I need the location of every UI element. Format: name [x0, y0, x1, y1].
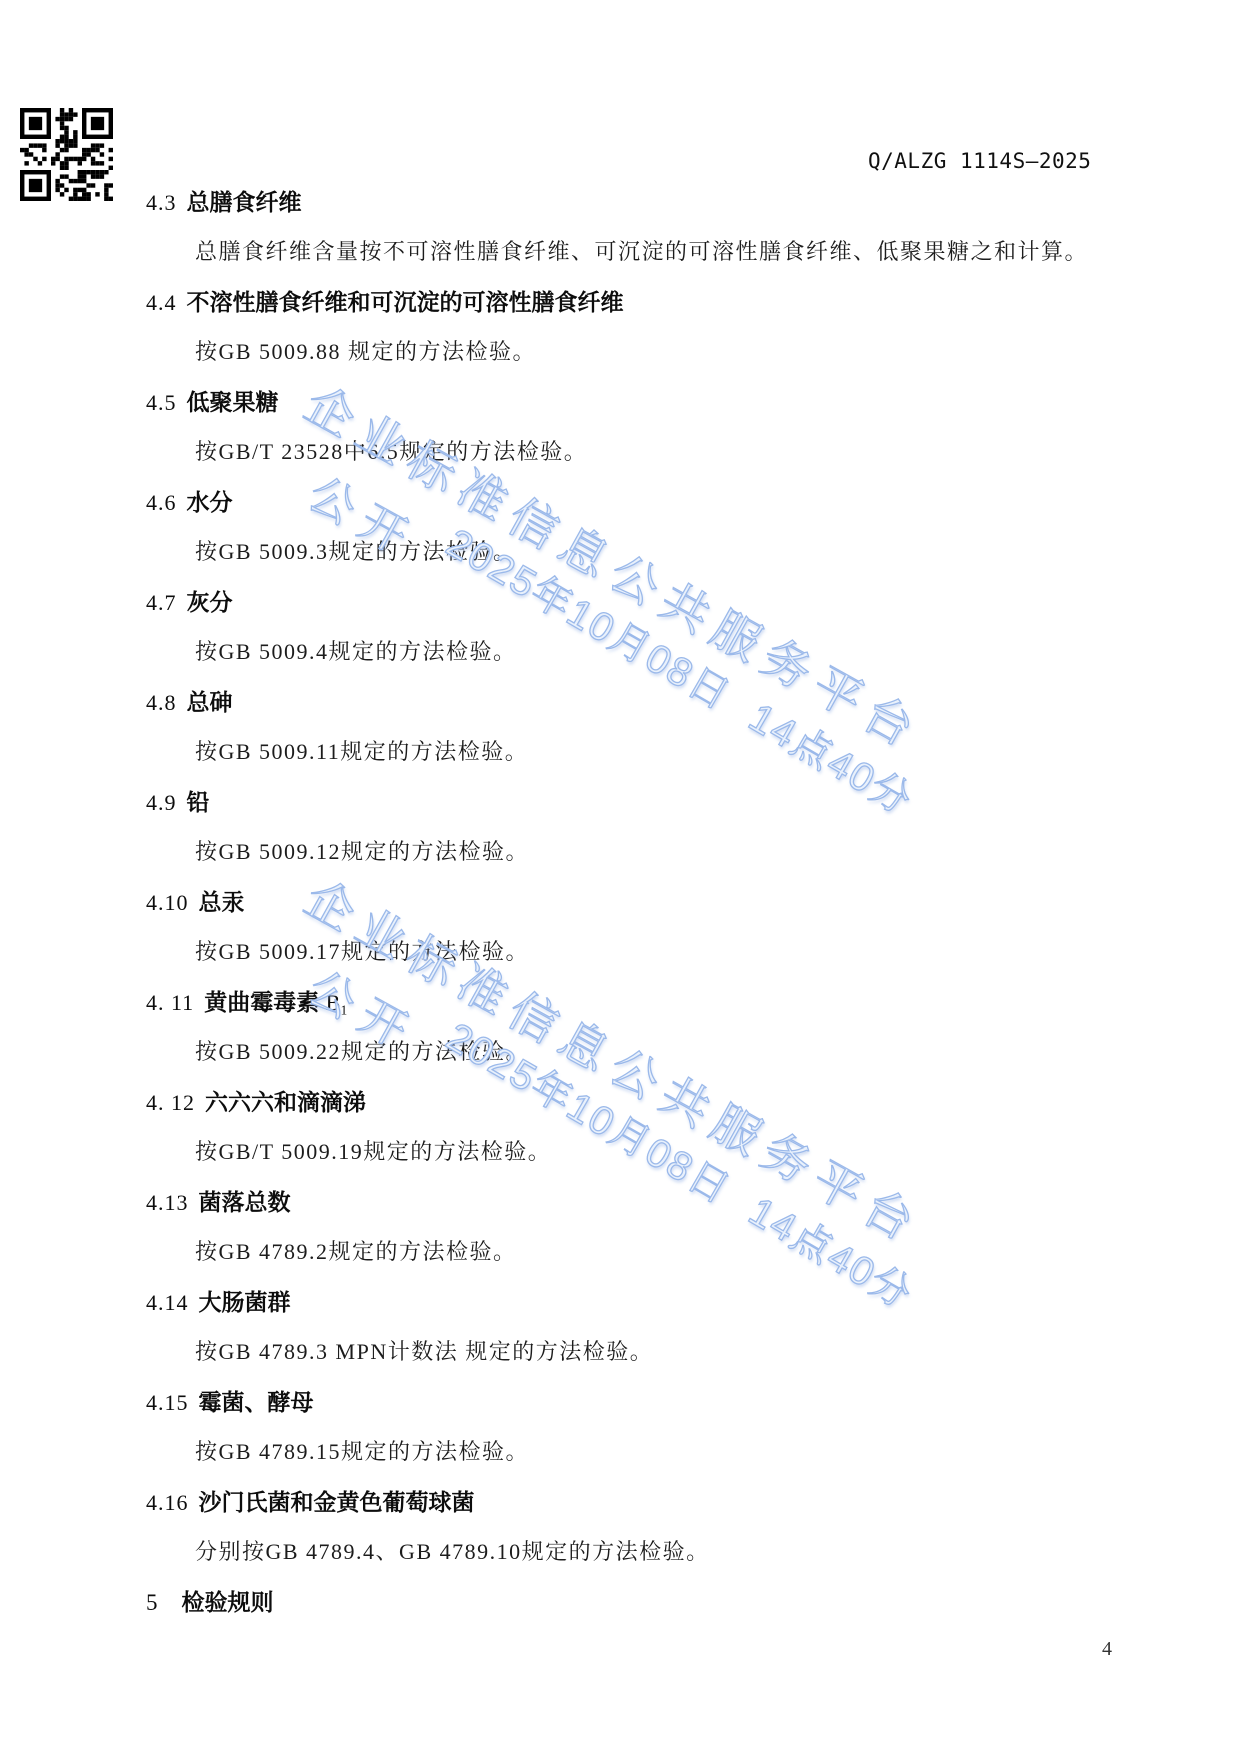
section-heading: 4. 12六六六和滴滴涕: [146, 1087, 1090, 1118]
section-number: 4.7: [146, 590, 177, 615]
section-heading: 4.13菌落总数: [146, 1187, 1090, 1218]
section-4-13: 4.13菌落总数 按GB 4789.2规定的方法检验。: [146, 1187, 1090, 1267]
section-body: 按GB 5009.4规定的方法检验。: [146, 637, 1090, 667]
section-title: 铅: [187, 789, 210, 815]
section-4-10: 4.10总汞 按GB 5009.17规定的方法检验。: [146, 887, 1090, 967]
section-body: 按GB 5009.88 规定的方法检验。: [146, 337, 1090, 367]
section-title: 霉菌、酵母: [199, 1389, 314, 1415]
section-4-8: 4.8总砷 按GB 5009.11规定的方法检验。: [146, 687, 1090, 767]
section-title: 总汞: [199, 889, 245, 915]
section-body: 按GB 4789.2规定的方法检验。: [146, 1237, 1090, 1267]
section-heading: 4.16沙门氏菌和金黄色葡萄球菌: [146, 1487, 1090, 1518]
section-heading: 4.9铅: [146, 787, 1090, 818]
chapter-number: 5: [146, 1590, 158, 1615]
section-title: 不溶性膳食纤维和可沉淀的可溶性膳食纤维: [187, 289, 624, 315]
section-number: 4.8: [146, 690, 177, 715]
section-heading: 4.15霉菌、酵母: [146, 1387, 1090, 1418]
section-body: 按GB 5009.22规定的方法检验。: [146, 1037, 1090, 1067]
section-4-14: 4.14大肠菌群 按GB 4789.3 MPN计数法 规定的方法检验。: [146, 1287, 1090, 1367]
section-body: 按GB 5009.17规定的方法检验。: [146, 937, 1090, 967]
section-heading: 4.4不溶性膳食纤维和可沉淀的可溶性膳食纤维: [146, 287, 1090, 318]
section-number: 4.9: [146, 790, 177, 815]
section-4-3: 4.3总膳食纤维 总膳食纤维含量按不可溶性膳食纤维、可沉淀的可溶性膳食纤维、低聚…: [146, 187, 1090, 267]
section-4-9: 4.9铅 按GB 5009.12规定的方法检验。: [146, 787, 1090, 867]
section-title: 沙门氏菌和金黄色葡萄球菌: [199, 1489, 475, 1515]
section-body: 按GB 5009.11规定的方法检验。: [146, 737, 1090, 767]
section-heading: 4.6水分: [146, 487, 1090, 518]
section-heading: 4.7灰分: [146, 587, 1090, 618]
section-body: 按GB 5009.3规定的方法检验。: [146, 537, 1090, 567]
section-title: 菌落总数: [199, 1189, 291, 1215]
section-number: 4.14: [146, 1290, 189, 1315]
chapter-5-heading: 5检验规则: [146, 1587, 1090, 1618]
section-title-suffix: B₁: [326, 990, 348, 1015]
section-number: 4.6: [146, 490, 177, 515]
section-body: 按GB/T 23528中6.5规定的方法检验。: [146, 437, 1090, 467]
section-number: 4.4: [146, 290, 177, 315]
section-heading: 4. 11黄曲霉毒素 B₁: [146, 987, 1090, 1018]
section-body: 按GB 4789.15规定的方法检验。: [146, 1437, 1090, 1467]
chapter-title: 检验规则: [182, 1589, 274, 1615]
section-title: 大肠菌群: [199, 1289, 291, 1315]
section-number: 4.3: [146, 190, 177, 215]
section-4-16: 4.16沙门氏菌和金黄色葡萄球菌 分别按GB 4789.4、GB 4789.10…: [146, 1487, 1090, 1567]
section-number: 4. 11: [146, 990, 194, 1015]
section-number: 4.5: [146, 390, 177, 415]
section-title: 水分: [187, 489, 233, 515]
section-number: 4.10: [146, 890, 189, 915]
section-number: 4.13: [146, 1190, 189, 1215]
document-body: 4.3总膳食纤维 总膳食纤维含量按不可溶性膳食纤维、可沉淀的可溶性膳食纤维、低聚…: [146, 187, 1090, 1618]
section-heading: 4.3总膳食纤维: [146, 187, 1090, 218]
section-heading: 4.10总汞: [146, 887, 1090, 918]
section-title: 六六六和滴滴涕: [205, 1089, 366, 1115]
section-title: 黄曲霉毒素: [204, 989, 325, 1015]
section-4-7: 4.7灰分 按GB 5009.4规定的方法检验。: [146, 587, 1090, 667]
section-heading: 4.8总砷: [146, 687, 1090, 718]
qr-code-icon: [20, 108, 113, 201]
section-number: 4.15: [146, 1390, 189, 1415]
section-4-4: 4.4不溶性膳食纤维和可沉淀的可溶性膳食纤维 按GB 5009.88 规定的方法…: [146, 287, 1090, 367]
section-title: 低聚果糖: [187, 389, 279, 415]
section-number: 4. 12: [146, 1090, 195, 1115]
section-body: 总膳食纤维含量按不可溶性膳食纤维、可沉淀的可溶性膳食纤维、低聚果糖之和计算。: [146, 237, 1090, 267]
section-4-12: 4. 12六六六和滴滴涕 按GB/T 5009.19规定的方法检验。: [146, 1087, 1090, 1167]
section-4-11: 4. 11黄曲霉毒素 B₁ 按GB 5009.22规定的方法检验。: [146, 987, 1090, 1067]
section-number: 4.16: [146, 1490, 189, 1515]
section-heading: 4.14大肠菌群: [146, 1287, 1090, 1318]
section-title: 总砷: [187, 689, 233, 715]
section-body: 分别按GB 4789.4、GB 4789.10规定的方法检验。: [146, 1537, 1090, 1567]
document-page: Q/ALZG 1114S—2025 企业标准信息公共服务平台 公开 2025年1…: [0, 0, 1240, 1753]
section-body: 按GB/T 5009.19规定的方法检验。: [146, 1137, 1090, 1167]
section-4-5: 4.5低聚果糖 按GB/T 23528中6.5规定的方法检验。: [146, 387, 1090, 467]
section-title: 灰分: [187, 589, 233, 615]
standard-code: Q/ALZG 1114S—2025: [868, 149, 1091, 173]
section-4-15: 4.15霉菌、酵母 按GB 4789.15规定的方法检验。: [146, 1387, 1090, 1467]
section-4-6: 4.6水分 按GB 5009.3规定的方法检验。: [146, 487, 1090, 567]
section-body: 按GB 4789.3 MPN计数法 规定的方法检验。: [146, 1337, 1090, 1367]
section-heading: 4.5低聚果糖: [146, 387, 1090, 418]
section-body: 按GB 5009.12规定的方法检验。: [146, 837, 1090, 867]
section-title: 总膳食纤维: [187, 189, 302, 215]
page-number: 4: [1102, 1638, 1112, 1661]
